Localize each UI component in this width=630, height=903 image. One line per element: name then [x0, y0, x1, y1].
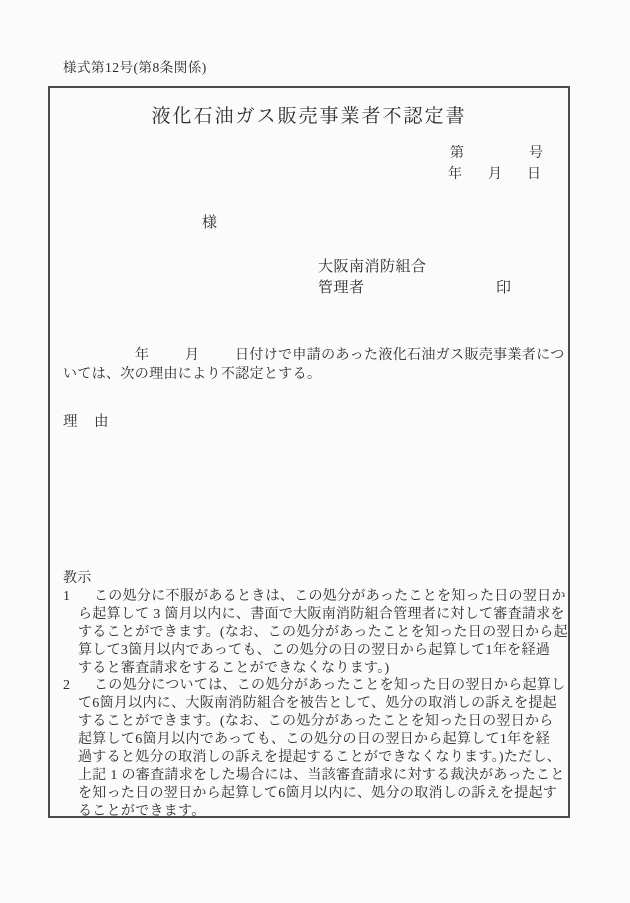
notice-item-1-line: 1この処分に不服があるときは、この処分があったことを知った日の翌日か — [63, 588, 570, 606]
notice-item-2-line: て6箇月以内に、大阪南消防組合を被告として、処分の取消しの訴えを提起 — [63, 695, 570, 713]
notice-item-1-number: 1 — [63, 588, 94, 606]
document-number-prefix-label: 第 — [450, 142, 464, 162]
issuer-title: 管理者 — [318, 276, 365, 297]
notice-item-2-line: 起算して6箇月以内であっても、この処分の日の翌日から起算して1年を経 — [63, 731, 570, 749]
body-date-year-label: 年 — [135, 344, 149, 364]
reason-label: 理 由 — [63, 410, 110, 431]
document-number-suffix-label: 号 — [529, 142, 543, 162]
notice-item-1-text: この処分に不服があるときは、この処分があったことを知った日の翌日か — [94, 589, 566, 604]
notice-item-1-line: ら起算して 3 箇月以内に、書面で大阪南消防組合管理者に対して審査請求を — [63, 606, 570, 624]
document-page: 様式第12号(第8条関係) 液化石油ガス販売事業者不認定書 第 号 年 月 日 … — [0, 0, 630, 903]
notice-item-2-text: この処分については、この処分があったことを知った日の翌日から起算し — [94, 678, 565, 693]
body-paragraph-line-2: いては、次の理由により不認定とする。 — [63, 363, 321, 383]
notice-item-1-line: 算して3箇月以内であっても、この処分の日の翌日から起算して1年を経過 — [63, 642, 570, 660]
header-day-label: 日 — [527, 163, 541, 183]
issuer-organization: 大阪南消防組合 — [318, 255, 427, 276]
notice-item-1-line: することができます。(なお、この処分があったことを知った日の翌日から起 — [63, 624, 570, 642]
header-year-label: 年 — [448, 163, 462, 183]
notice-heading: 教示 — [63, 570, 570, 588]
notice-item-2-number: 2 — [63, 677, 94, 695]
body-paragraph-line-1: 日付けで申請のあった液化石油ガス販売事業者につ — [235, 344, 565, 364]
notice-item-2-line: を知った日の翌日から起算して6箇月以内に、処分の取消しの訴えを提起す — [63, 785, 570, 803]
form-number-label: 様式第12号(第8条関係) — [63, 56, 207, 76]
body-date-month-label: 月 — [185, 344, 199, 364]
notice-item-2-line: ることができます。 — [63, 803, 570, 821]
notice-item-2-line: することができます。(なお、この処分があったことを知った日の翌日から — [63, 713, 570, 731]
addressee-honorific-label: 様 — [202, 211, 217, 232]
header-month-label: 月 — [488, 163, 502, 183]
notice-item-2-line: 2この処分については、この処分があったことを知った日の翌日から起算し — [63, 677, 570, 695]
notice-item-2-line: 過すると処分の取消しの訴えを提起することができなくなります。)ただし、 — [63, 749, 570, 767]
seal-placeholder-label: 印 — [496, 276, 511, 297]
notice-item-2-line: 上記 1 の審査請求をした場合には、当該審査請求に対する裁決があったこと — [63, 767, 570, 785]
page-title: 液化石油ガス販売事業者不認定書 — [48, 101, 570, 128]
notice-item-1-line: すると審査請求をすることができなくなります。) — [63, 660, 570, 678]
notice-section: 教示 1この処分に不服があるときは、この処分があったことを知った日の翌日か ら起… — [63, 570, 570, 821]
